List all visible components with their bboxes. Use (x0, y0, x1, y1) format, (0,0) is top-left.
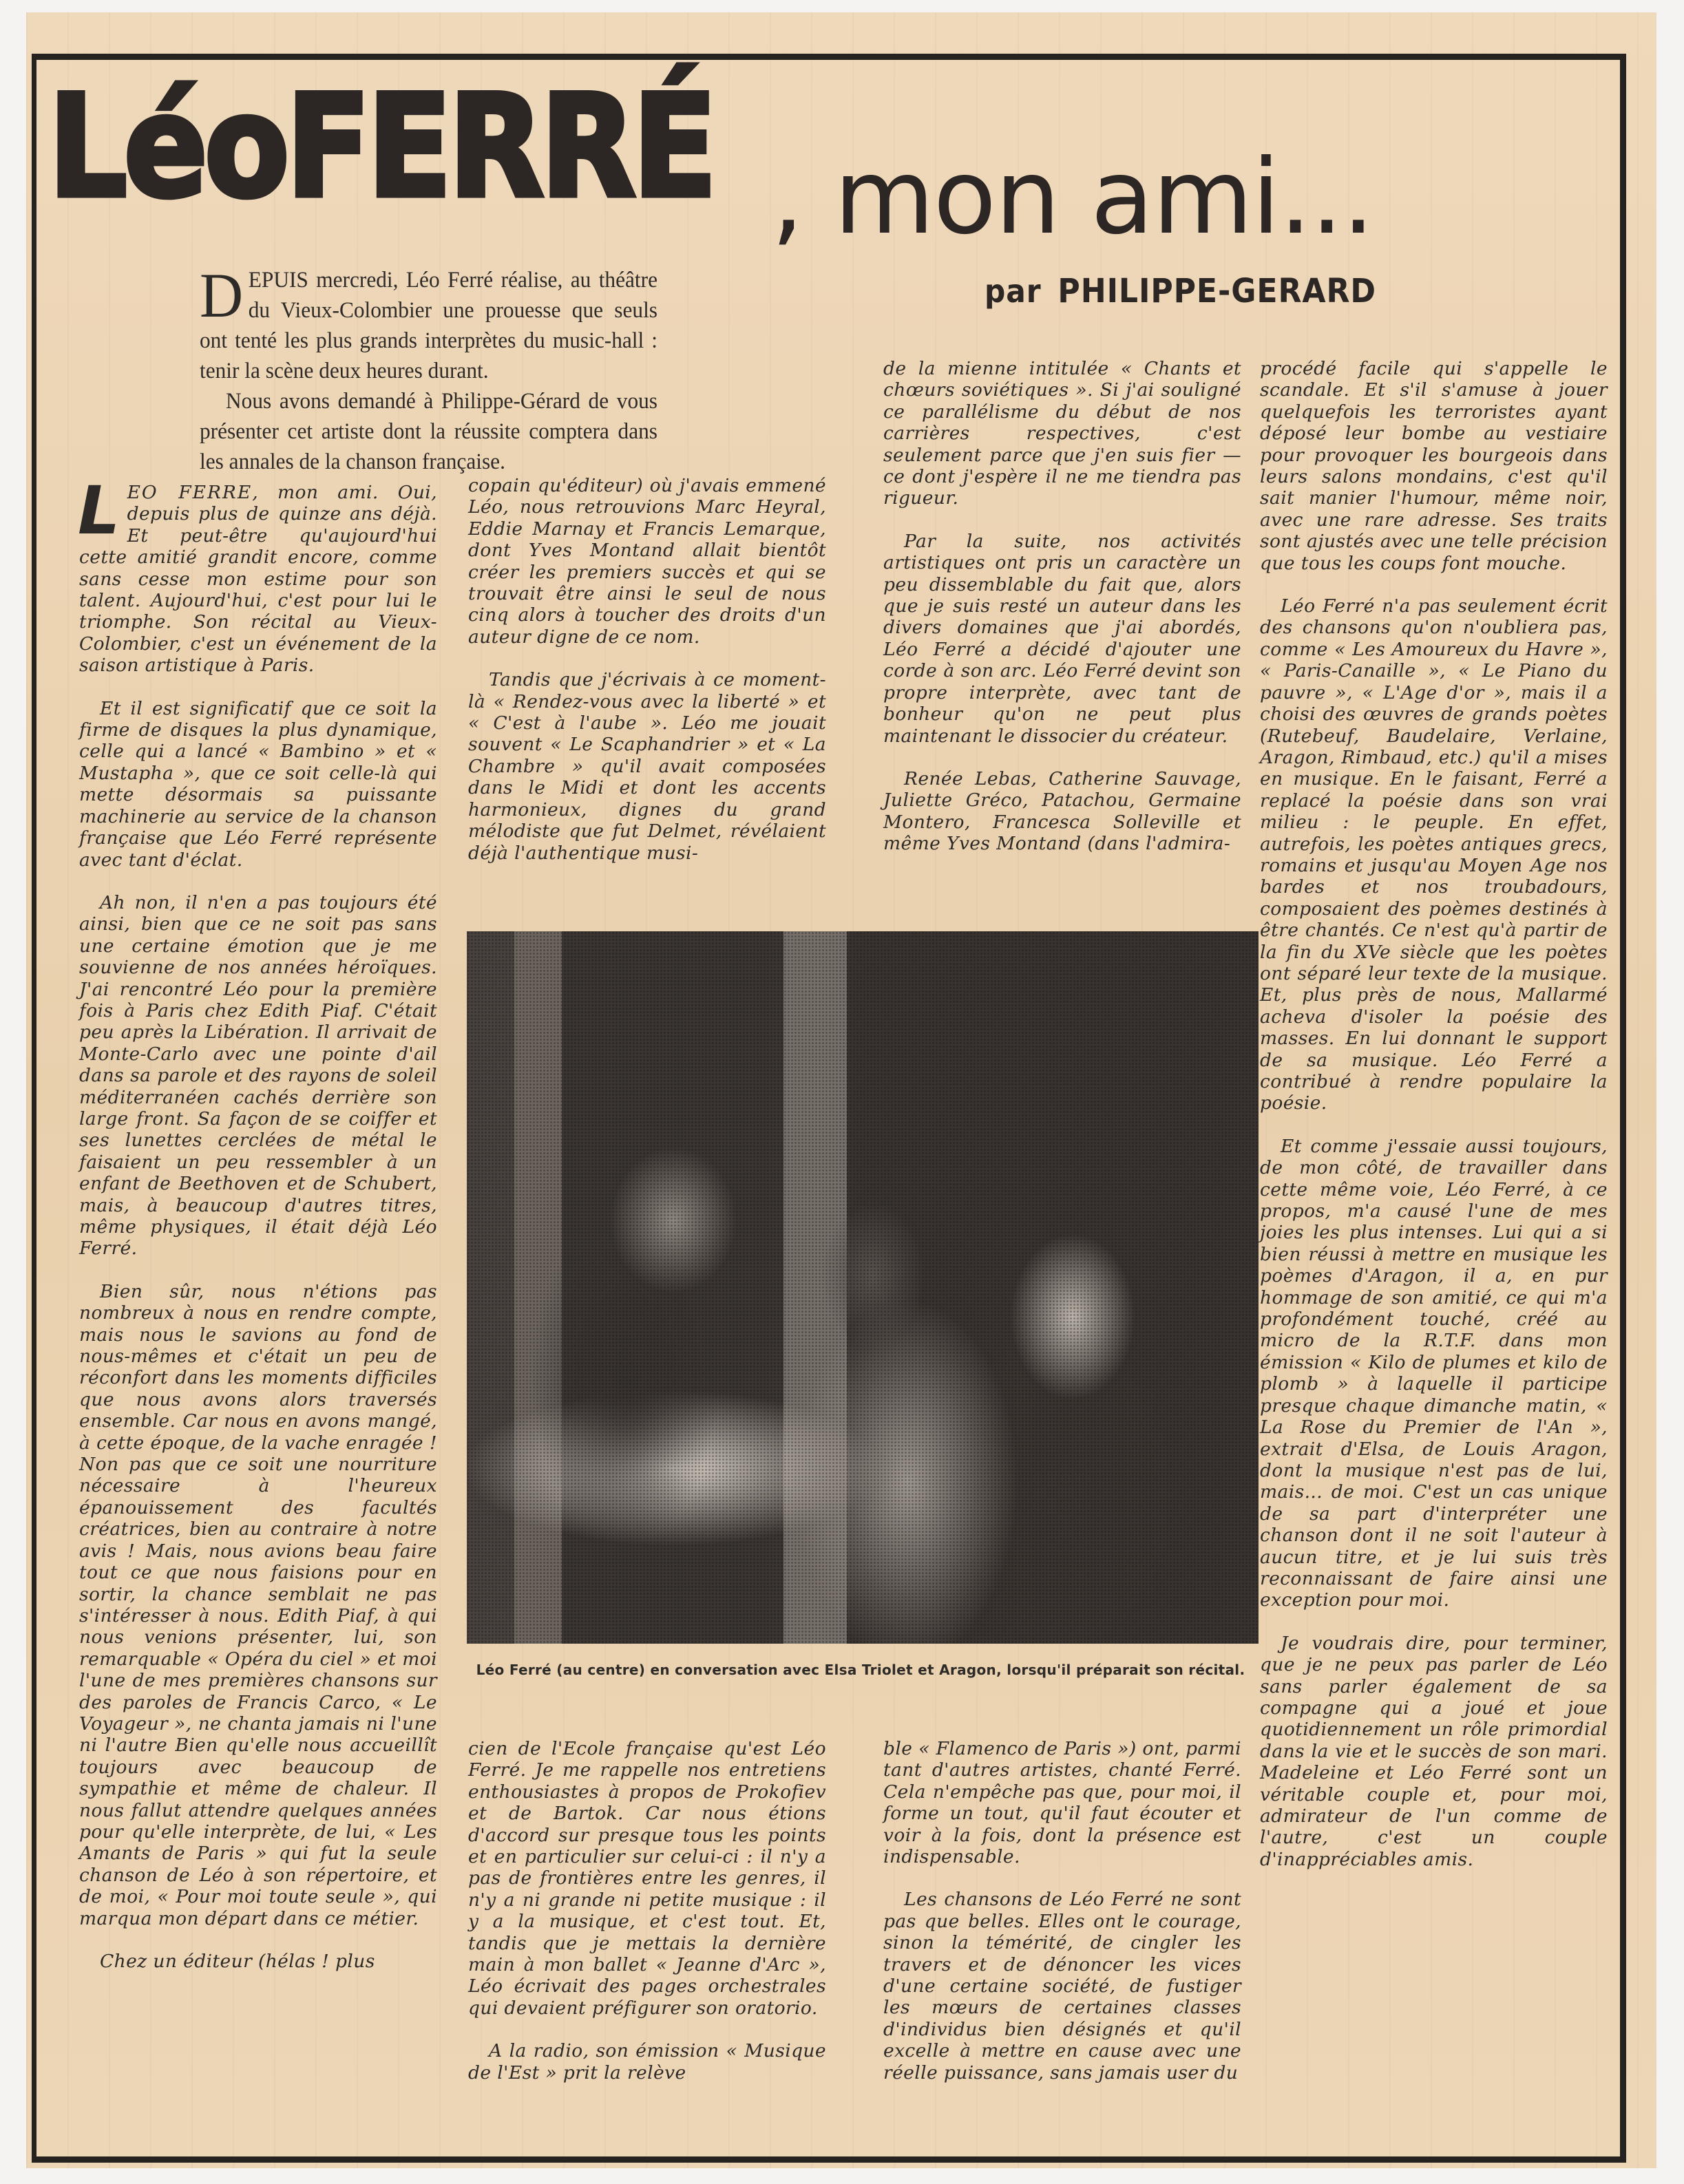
paragraph: copain qu'éditeur) où j'avais emmené Léo… (468, 475, 826, 648)
column-2-bottom: cien de l'Ecole française qu'est Léo Fer… (468, 1738, 826, 2084)
paragraph: Je voudrais dire, pour terminer, que je … (1260, 1633, 1608, 1870)
paragraph: cien de l'Ecole française qu'est Léo Fer… (468, 1738, 826, 2019)
paragraph: ble « Flamenco de Paris ») ont, parmi ta… (883, 1738, 1241, 1867)
lead-caps: EO FERRE (127, 482, 253, 503)
column-3-top: de la mienne intitulée « Chants et chœur… (883, 358, 1241, 855)
paragraph: Tandis que j'écrivais à ce moment-là « R… (468, 669, 826, 864)
photo-caption: Léo Ferré (au centre) en conversation av… (475, 1660, 1246, 1680)
lead-paragraph: Nous avons demandé à Philippe-Gérard de … (200, 386, 657, 477)
paragraph: Les chansons de Léo Ferré ne sont pas qu… (883, 1889, 1241, 2084)
column-2-top: copain qu'éditeur) où j'avais emmené Léo… (468, 475, 826, 864)
paragraph: Renée Lebas, Catherine Sauvage, Juliette… (883, 768, 1241, 855)
paragraph: , mon ami. Oui, depuis plus de quinze an… (79, 482, 437, 676)
headline-name: LéoFERRÉ (48, 65, 714, 229)
byline: parPHILIPPE-GERARD (985, 272, 1376, 310)
paragraph: Chez un éditeur (hélas ! plus (79, 1951, 437, 1972)
paragraph: Par la suite, nos activités artistiques … (883, 531, 1241, 747)
paragraph: procédé facile qui s'appelle le scandale… (1260, 358, 1608, 574)
paragraph: de la mienne intitulée « Chants et chœur… (883, 358, 1241, 509)
paragraph: Et comme j'essaie aussi toujours, de mon… (1260, 1136, 1608, 1611)
paragraph: Léo Ferré n'a pas seulement écrit des ch… (1260, 595, 1608, 1114)
dropcap: L (78, 483, 120, 538)
headline-subtitle: , mon ami... (771, 138, 1373, 257)
dropcap: D (200, 269, 243, 321)
paragraph: Ah non, il n'en a pas toujours été ainsi… (79, 892, 437, 1260)
column-3-bottom: ble « Flamenco de Paris ») ont, parmi ta… (883, 1738, 1241, 2084)
paragraph: Bien sûr, nous n'étions pas nombreux à n… (79, 1281, 437, 1929)
lead-paragraph: EPUIS mercredi, Léo Ferré réalise, au th… (200, 268, 657, 383)
column-1: LEO FERRE, mon ami. Oui, depuis plus de … (79, 482, 437, 1972)
paragraph: A la radio, son émission « Musique de l'… (468, 2040, 826, 2084)
headline: LéoFERRÉ , mon ami... (48, 65, 804, 229)
article-lead: DEPUIS mercredi, Léo Ferré réalise, au t… (200, 265, 657, 477)
column-4: procédé facile qui s'appelle le scandale… (1260, 358, 1608, 1870)
article-photo (467, 931, 1259, 1644)
paragraph: Et il est significatif que ce soit la fi… (79, 698, 437, 871)
byline-author: PHILIPPE-GERARD (1057, 272, 1376, 310)
byline-prefix: par (985, 273, 1041, 310)
